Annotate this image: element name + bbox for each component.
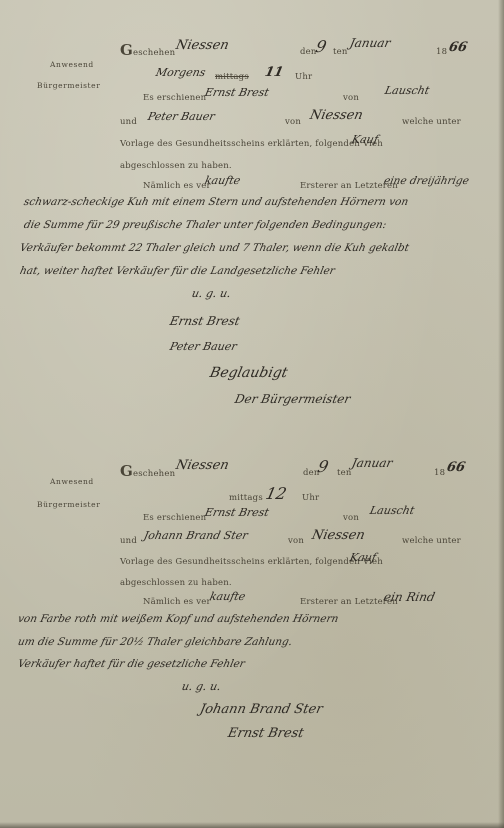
page-bottom-shadow [0,822,504,828]
time-of-day-label: mittags [229,493,263,503]
party1-place: Lauscht [369,504,416,517]
text-line-2: um die Summe für 20½ Thaler gleichbare Z… [17,636,294,648]
closing: u. g. u. [191,287,232,300]
uhr-label: Uhr [302,493,319,503]
text-line-0: ein Rind [383,590,437,604]
vorlage-label: Vorlage des Gesundheitsscheins erklärten… [120,139,383,149]
text-line-1: von Farbe roth mit weißem Kopf und aufst… [17,613,340,625]
naemlich-label: Nämlich es ver [143,597,211,607]
margin-label-anwesend: Anwesend [50,60,94,69]
erschienen-label: Es erschienen [143,93,206,103]
party1-name: Ernst Brest [204,506,271,519]
attestation-by: Der Bürgermeister [234,392,352,406]
vieh-type: Kauf [351,133,380,146]
geschehen-label: Geschehen [120,462,175,480]
erschienen-label: Es erschienen [143,513,206,523]
vieh-type: Kauf [349,551,378,564]
von-label-1: von [343,93,359,103]
signature-2: Peter Bauer [169,340,238,353]
month-value: Januar [349,36,392,50]
text-line-3: Verkäufer bekommt 22 Thaler gleich und 7… [19,242,410,254]
signature-1: Ernst Brest [169,314,242,328]
naemlich-label: Nämlich es ver [143,181,211,191]
day-value: 9 [314,37,328,56]
welche-label: welche unter [402,536,461,546]
attestation: Beglaubigt [208,365,289,381]
document-page: Anwesend Bürgermeister GGescheheneschehe… [0,0,504,828]
margin-label-buergermeister: Bürgermeister [37,500,100,509]
text-line-0: eine dreijährige [383,175,470,187]
day-value: 9 [316,457,330,476]
text-line-3: Verkäufer haftet für die gesetzliche Feh… [17,658,246,670]
hour-value: 11 [263,65,284,80]
place-value: Niessen [174,458,230,473]
verb-value: kaufte [209,590,247,603]
month-value: Januar [351,456,394,470]
party2-place: Niessen [308,108,364,123]
ten-label: ten [337,468,352,478]
margin-label-anwesend: Anwesend [50,477,94,486]
text-line-2: die Summe für 29 preußische Thaler unter… [23,219,388,231]
margin-label-buergermeister: Bürgermeister [37,81,100,90]
party2-name: Johann Brand Ster [143,529,249,542]
year-suffix: 66 [445,460,466,475]
party1-name: Ernst Brest [204,86,271,99]
geschehen-label: GGescheheneschehen [120,41,175,59]
hour-value: 12 [264,484,288,503]
von-label-2: von [285,117,301,127]
signature-2: Ernst Brest [226,726,305,741]
und-label: und [120,536,137,546]
welche-label: welche unter [402,117,461,127]
text-line-1: schwarz-scheckige Kuh mit einem Stern un… [23,196,410,208]
und-label: und [120,117,137,127]
text-line-4: hat, weiter haftet Verkäufer für die Lan… [19,265,336,277]
year-prefix: 18 [434,468,445,478]
verb-value: kaufte [204,174,242,187]
year-suffix: 66 [447,40,468,55]
party2-name: Peter Bauer [147,110,216,123]
page-edge-shadow [498,0,504,828]
place-value: Niessen [174,38,230,53]
signature-1: Johann Brand Ster [198,702,324,717]
time-struck: mittags [215,72,249,82]
ten-label: ten [333,47,348,57]
abgeschlossen-label: abgeschlossen zu haben. [120,161,232,171]
party1-place: Lauscht [384,84,431,97]
party2-place: Niessen [310,528,366,543]
abgeschlossen-label: abgeschlossen zu haben. [120,578,232,588]
year-prefix: 18 [436,47,447,57]
von-label-2: von [288,536,304,546]
time-of-day-value: Morgens [155,66,207,79]
vorlage-label: Vorlage des Gesundheitsscheins erklärten… [120,557,383,567]
uhr-label: Uhr [295,72,312,82]
von-label-1: von [343,513,359,523]
closing: u. g. u. [181,680,222,693]
